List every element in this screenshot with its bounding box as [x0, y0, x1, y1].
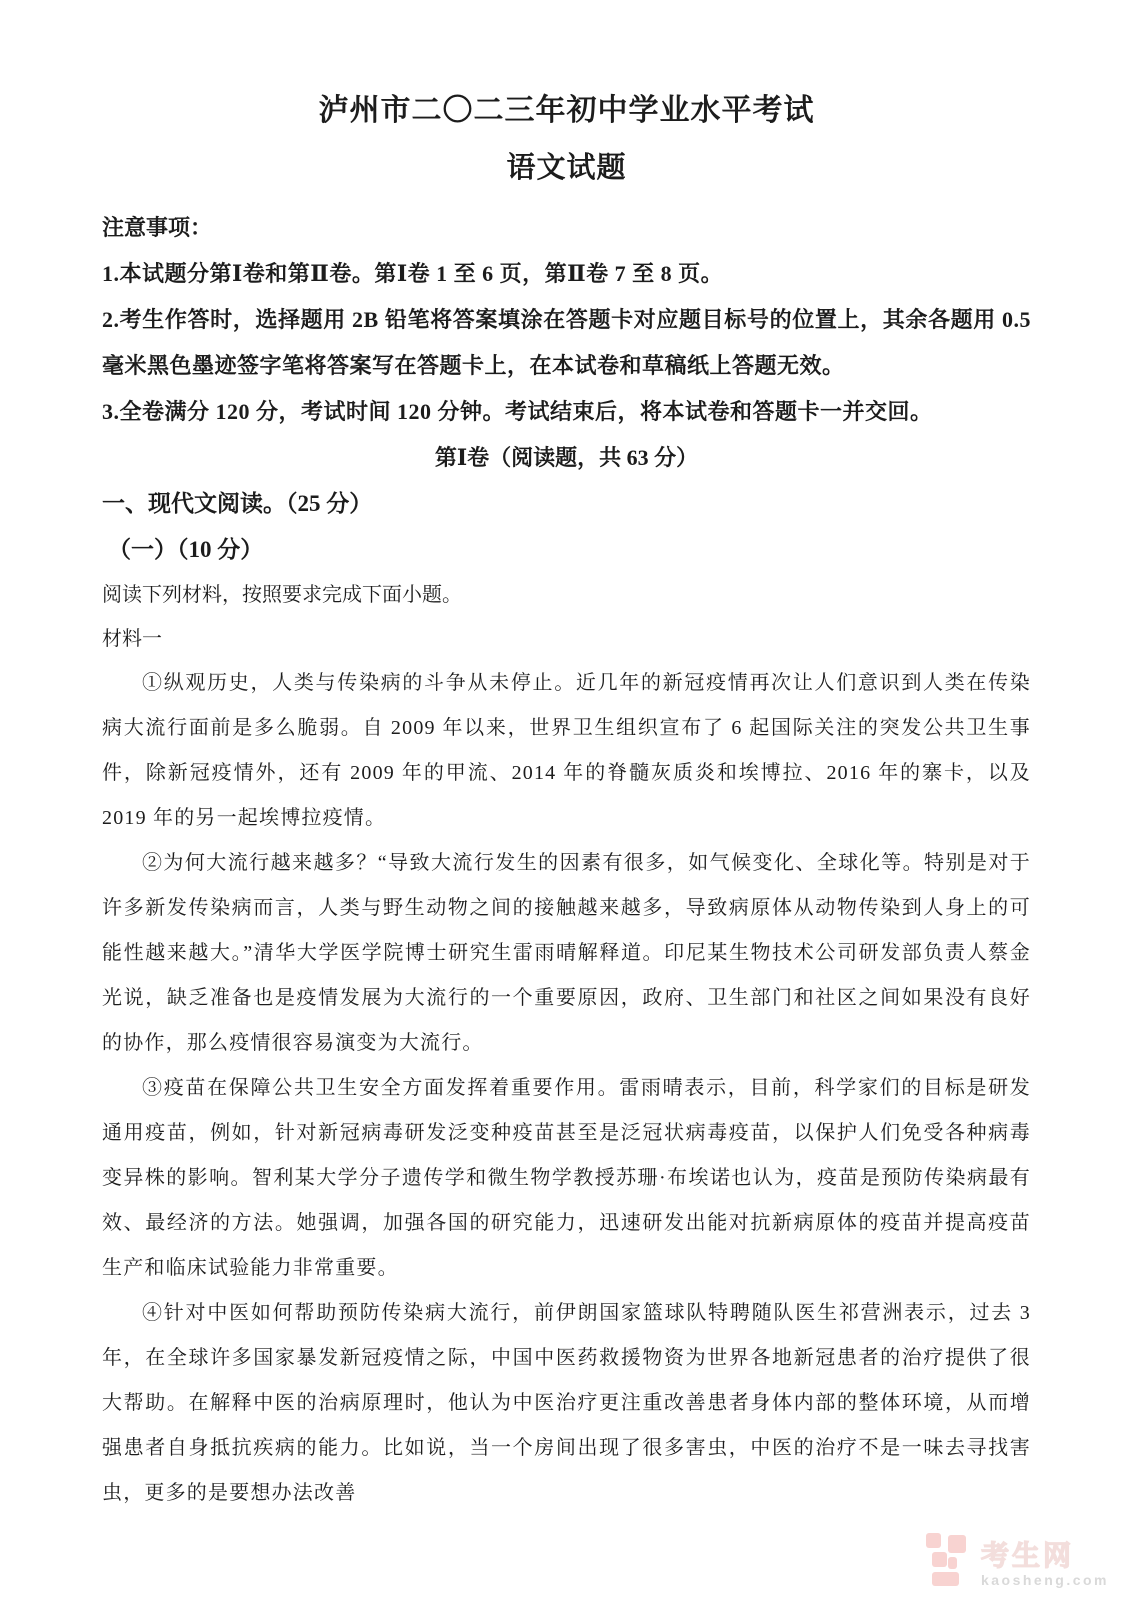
part-1-heading: 一、现代文阅读。（25 分）: [102, 481, 1031, 527]
material-1-paragraph-1: ①纵观历史，人类与传染病的斗争从未停止。近几年的新冠疫情再次让人们意识到人类在传…: [102, 661, 1031, 841]
notice-item-2: 2.考生作答时，选择题用 2B 铅笔将答案填涂在答题卡对应题目标号的位置上，其余…: [102, 297, 1031, 389]
material-1-label: 材料一: [102, 617, 1031, 661]
notice-item-3: 3.全卷满分 120 分，考试时间 120 分钟。考试结束后，将本试卷和答题卡一…: [102, 389, 1031, 435]
exam-subject-title: 语文试题: [102, 151, 1031, 185]
exam-title: 泸州市二〇二三年初中学业水平考试: [102, 0, 1031, 129]
material-1-paragraph-4: ④针对中医如何帮助预防传染病大流行，前伊朗国家篮球队特聘随队医生祁营洲表示，过去…: [102, 1291, 1031, 1516]
reading-instruction: 阅读下列材料，按照要求完成下面小题。: [102, 573, 1031, 617]
material-1-paragraph-3: ③疫苗在保障公共卫生安全方面发挥着重要作用。雷雨晴表示，目前，科学家们的目标是研…: [102, 1066, 1031, 1291]
watermark-text-group: 考生网 kaosheng.com: [981, 1542, 1109, 1588]
kaosheng-logo-icon: [923, 1530, 971, 1588]
logo-block: [932, 1552, 947, 1567]
kaosheng-watermark: 考生网 kaosheng.com: [923, 1530, 1109, 1588]
notice-heading: 注意事项：: [102, 205, 1031, 251]
logo-block: [948, 1535, 966, 1553]
logo-block: [948, 1557, 957, 1569]
subsection-1-heading: （一）（10 分）: [102, 527, 1031, 573]
notice-item-1: 1.本试题分第Ⅰ卷和第Ⅱ卷。第Ⅰ卷 1 至 6 页，第Ⅱ卷 7 至 8 页。: [102, 251, 1031, 297]
logo-block: [932, 1572, 959, 1586]
exam-paper-page: 泸州市二〇二三年初中学业水平考试 语文试题 注意事项： 1.本试题分第Ⅰ卷和第Ⅱ…: [0, 0, 1131, 1516]
logo-block: [926, 1533, 941, 1548]
volume-1-heading: 第Ⅰ卷（阅读题，共 63 分）: [102, 435, 1031, 481]
watermark-site-name: 考生网: [981, 1542, 1109, 1570]
material-1-paragraph-2: ②为何大流行越来越多？“导致大流行发生的因素有很多，如气候变化、全球化等。特别是…: [102, 841, 1031, 1066]
watermark-site-url: kaosheng.com: [981, 1572, 1109, 1588]
